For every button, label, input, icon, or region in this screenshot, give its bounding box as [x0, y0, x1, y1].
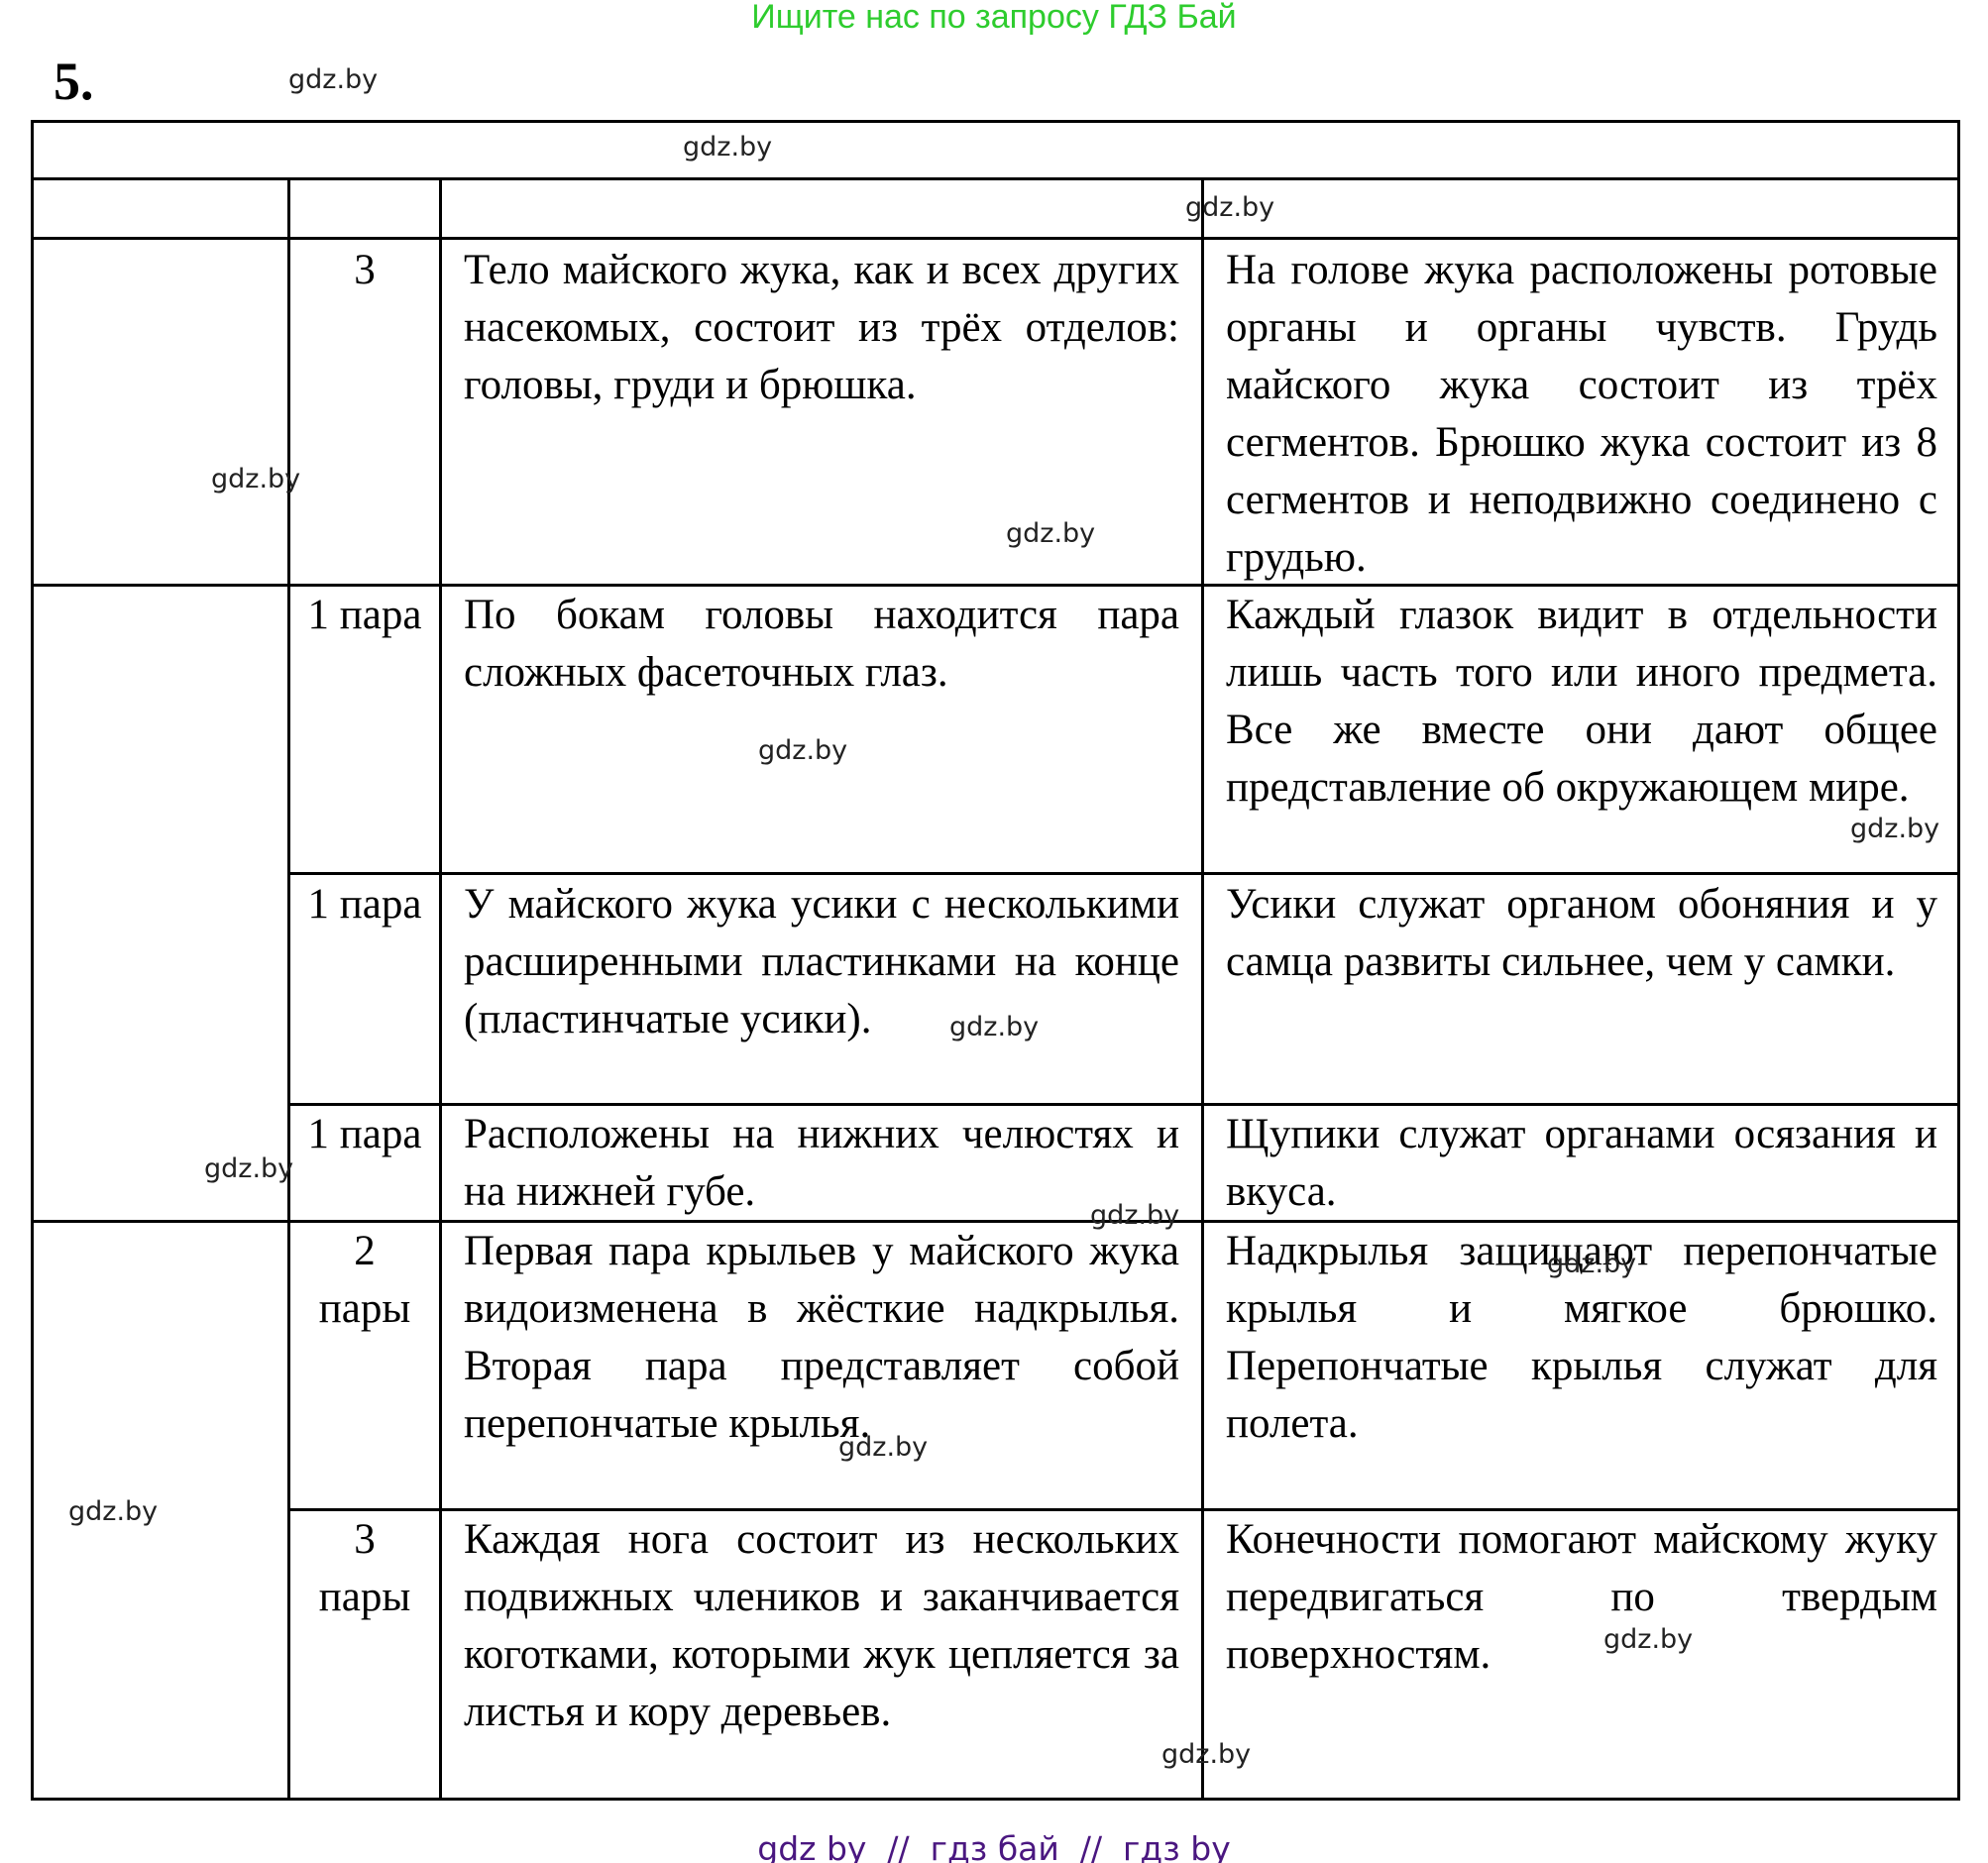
table-col-divider: [287, 178, 290, 1801]
watermark: gdz.by: [1006, 519, 1095, 549]
watermark: gdz.by: [838, 1433, 928, 1463]
table-divider: [288, 872, 1960, 875]
table-col-divider: [439, 178, 442, 1801]
table-col-divider: [1201, 178, 1204, 1801]
function-cell: Усики служат органом обоняния и у самца …: [1226, 876, 1937, 991]
watermark: gdz.by: [1161, 1740, 1251, 1770]
table-border-left: [31, 120, 34, 1801]
description-cell: У майского жука усики с несколькими расш…: [464, 876, 1179, 1048]
watermark: gdz.by: [1603, 1625, 1693, 1655]
function-cell: Каждый глазок видит в отдельности лишь ч…: [1226, 587, 1937, 817]
count-cell: 1 пара: [307, 876, 422, 933]
function-cell: На голове жука расположены ротовые орган…: [1226, 242, 1937, 587]
count-cell: 1 пара: [307, 1106, 422, 1163]
description-cell: По бокам головы находится пара сложных ф…: [464, 587, 1179, 702]
description-cell: Расположены на нижних челюстях и на нижн…: [464, 1106, 1179, 1221]
table-border-bottom: [31, 1798, 1960, 1801]
description-cell: Тело майского жука, как и всех других на…: [464, 242, 1179, 414]
watermark: gdz.by: [1547, 1250, 1636, 1279]
watermark: gdz.by: [683, 133, 772, 163]
function-cell: Конечности помогают майскому жуку передв…: [1226, 1511, 1937, 1684]
watermark: gdz.by: [949, 1013, 1039, 1042]
function-cell: Щупики служат органами осязания и вкуса.: [1226, 1106, 1937, 1221]
watermark: gdz.by: [1090, 1201, 1179, 1231]
count-cell: 3 пары: [307, 1511, 422, 1626]
description-cell: Каждая нога состоит из нескольких подвиж…: [464, 1511, 1179, 1741]
table-divider: [31, 237, 1960, 240]
watermark: gdz.by: [204, 1154, 293, 1184]
watermark: gdz.by: [211, 465, 300, 494]
count-cell: 2 пары: [307, 1223, 422, 1338]
watermark: gdz.by: [68, 1497, 158, 1527]
table-border-right: [1957, 120, 1960, 1801]
promo-banner: Ищите нас по запросу ГДЗ Бай: [0, 0, 1988, 38]
table-border-top: [31, 120, 1960, 123]
count-cell: 3: [291, 242, 438, 299]
watermark: gdz.by: [288, 65, 378, 95]
count-cell: 1 пара: [307, 587, 422, 644]
footer-watermark: gdz by // гдз бай // гдз by: [0, 1829, 1988, 1863]
watermark: gdz.by: [758, 736, 847, 766]
watermark: gdz.by: [1185, 193, 1274, 223]
table-divider: [31, 177, 1960, 180]
description-cell: Первая пара крыльев у майского жука видо…: [464, 1223, 1179, 1453]
task-number: 5.: [54, 52, 94, 111]
watermark: gdz.by: [1850, 815, 1939, 844]
